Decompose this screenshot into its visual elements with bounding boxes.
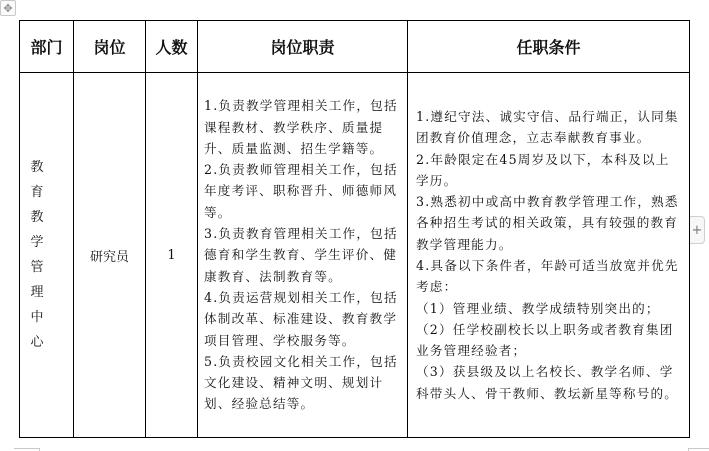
header-department: 部门 bbox=[20, 21, 74, 73]
department-cell: 教育教学管理中心 bbox=[20, 73, 74, 438]
headcount-value: 1 bbox=[167, 248, 175, 263]
duty-item: 5.负责校园文化相关工作，包括文化建设、精神文明、规划计划、经验总结等。 bbox=[204, 351, 403, 415]
duties-list: 1.负责教学管理相关工作，包括课程教材、教学秩序、质量提升、质量监测、招生学籍等… bbox=[198, 95, 407, 414]
table-row: 教育教学管理中心 研究员 1 1.负责教学管理相关工作，包括课程教材、教学秩序、… bbox=[20, 73, 690, 438]
requirement-subitem: （2）任学校副校长以上职务或者教育集团业务管理经验者； bbox=[416, 319, 683, 362]
department-name: 教育教学管理中心 bbox=[31, 155, 63, 355]
requirement-subitem: （1）管理业绩、教学成绩特别突出的； bbox=[416, 298, 683, 319]
header-requirements: 任职条件 bbox=[408, 21, 690, 73]
header-duties: 岗位职责 bbox=[198, 21, 408, 73]
requirement-item: 3.熟悉初中或高中教育教学管理工作，熟悉各种招生考试的相关政策，具有较强的教育教… bbox=[416, 191, 683, 255]
requirement-subitem: （3）获县级及以上名校长、教学名师、学科带头人、骨干教师、教坛新星等称号的。 bbox=[416, 361, 683, 404]
header-headcount: 人数 bbox=[146, 21, 198, 73]
requirement-item: 2.年龄限定在45周岁及以下，本科及以上学历。 bbox=[416, 149, 683, 192]
table-header-row: 部门 岗位 人数 岗位职责 任职条件 bbox=[20, 21, 690, 73]
requirements-cell: 1.遵纪守法、诚实守信、品行端正，认同集团教育价值理念，立志奉献教育事业。 2.… bbox=[408, 73, 690, 438]
headcount-cell: 1 bbox=[146, 73, 198, 438]
requirement-item: 1.遵纪守法、诚实守信、品行端正，认同集团教育价值理念，立志奉献教育事业。 bbox=[416, 106, 683, 149]
duty-item: 3.负责教育管理相关工作，包括德育和学生教育、学生评价、健康教育、法制教育等。 bbox=[204, 223, 403, 287]
duty-item: 1.负责教学管理相关工作，包括课程教材、教学秩序、质量提升、质量监测、招生学籍等… bbox=[204, 95, 403, 159]
requirement-item: 4.具备以下条件者，年龄可适当放宽并优先考虑： bbox=[416, 255, 683, 298]
requirements-list: 1.遵纪守法、诚实守信、品行端正，认同集团教育价值理念，立志奉献教育事业。 2.… bbox=[408, 106, 689, 404]
duty-item: 2.负责教师管理相关工作，包括年度考评、职称晋升、师德师风等。 bbox=[204, 159, 403, 223]
duty-item: 4.负责运营规划相关工作，包括体制改革、标准建设、教育教学项目管理、学校服务等。 bbox=[204, 287, 403, 351]
plus-icon: + bbox=[692, 223, 703, 238]
position-cell: 研究员 bbox=[74, 73, 146, 438]
header-position: 岗位 bbox=[74, 21, 146, 73]
add-column-button[interactable]: + bbox=[690, 216, 705, 244]
table-move-handle-icon[interactable]: ✥ bbox=[0, 0, 16, 16]
job-requirements-table: 部门 岗位 人数 岗位职责 任职条件 教育教学管理中心 研究员 1 1.负责教学… bbox=[19, 20, 690, 438]
position-name: 研究员 bbox=[90, 250, 129, 265]
duties-cell: 1.负责教学管理相关工作，包括课程教材、教学秩序、质量提升、质量监测、招生学籍等… bbox=[198, 73, 408, 438]
